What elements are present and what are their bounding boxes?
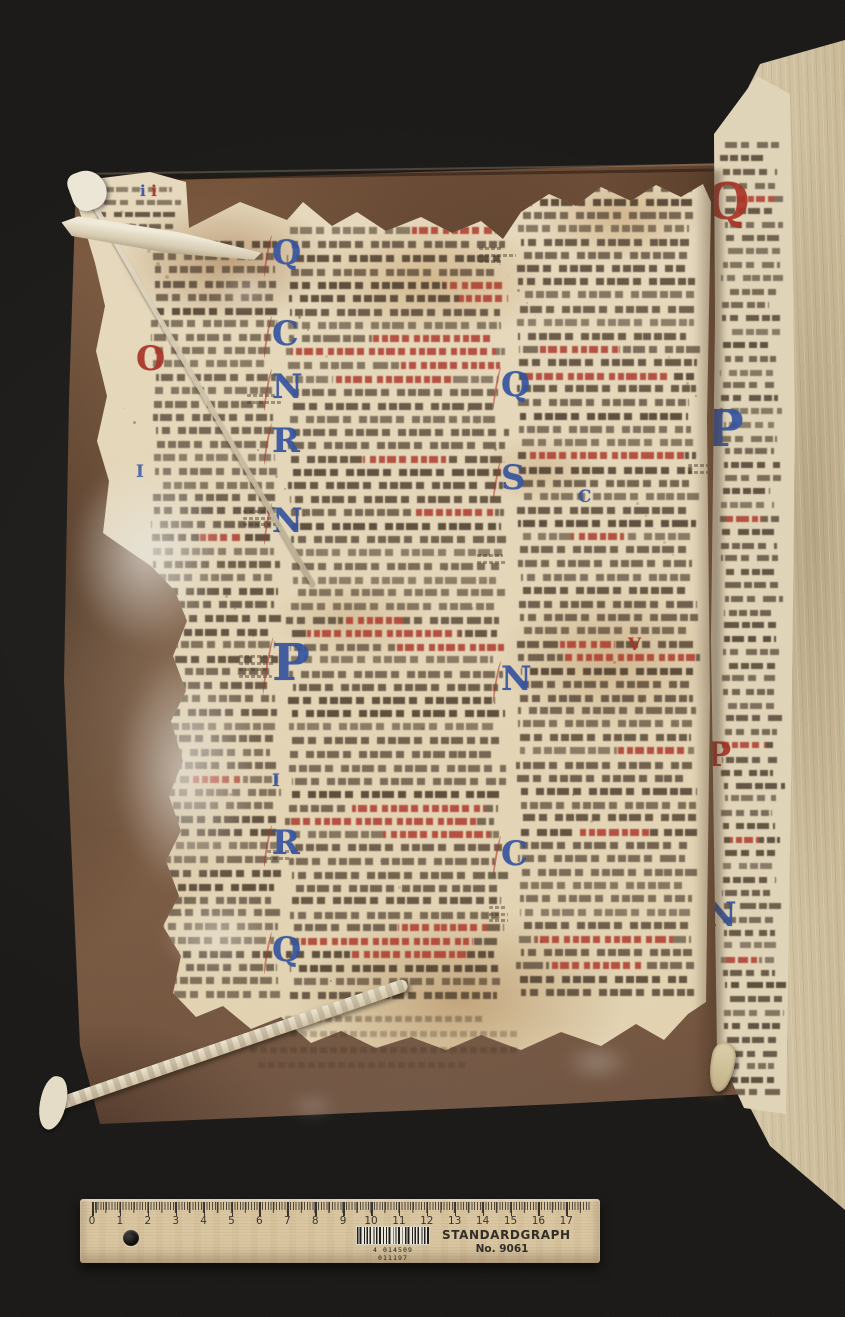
foxing-dot xyxy=(640,700,643,703)
foxing-dot xyxy=(453,581,455,583)
foxing-dot xyxy=(549,953,551,955)
text-line xyxy=(517,252,693,259)
text-line xyxy=(723,823,776,829)
marginal-line xyxy=(247,394,275,397)
initial-N: N xyxy=(272,371,303,403)
text-line xyxy=(289,897,505,904)
text-line xyxy=(291,577,501,584)
foxing-dot xyxy=(508,276,509,277)
rubric-text xyxy=(446,282,502,289)
text-line xyxy=(287,723,497,730)
body-text xyxy=(516,962,549,969)
body-text xyxy=(292,710,505,717)
initial-S: S xyxy=(501,462,525,494)
body-text xyxy=(517,319,694,326)
body-text xyxy=(290,589,506,596)
text-line xyxy=(723,569,777,575)
rubric-text xyxy=(307,630,459,637)
marginal-line xyxy=(477,554,503,557)
body-text xyxy=(520,413,688,420)
body-text xyxy=(725,795,776,801)
body-text xyxy=(100,200,181,205)
body-text xyxy=(292,778,506,785)
gutter-shadow xyxy=(694,170,724,1100)
body-text xyxy=(722,302,769,308)
rubric-text xyxy=(383,831,490,838)
body-text xyxy=(292,523,501,530)
body-text xyxy=(723,649,779,655)
body-text xyxy=(490,831,499,838)
ruler-cm-label: 16 xyxy=(532,1215,545,1227)
body-text xyxy=(516,762,691,769)
body-text xyxy=(641,962,696,969)
body-text xyxy=(292,897,501,904)
body-text xyxy=(759,957,774,963)
text-line xyxy=(518,869,702,876)
body-text xyxy=(518,520,696,527)
text-line xyxy=(515,762,696,769)
text-line xyxy=(287,603,499,610)
body-text xyxy=(720,1037,777,1043)
body-text xyxy=(725,356,776,362)
body-text xyxy=(485,805,498,812)
body-text xyxy=(766,742,773,748)
text-line xyxy=(516,560,696,567)
text-line xyxy=(518,909,694,916)
body-text xyxy=(723,970,774,976)
body-text xyxy=(723,582,784,588)
foxing-dot xyxy=(380,860,382,862)
body-text xyxy=(467,951,495,958)
body-text xyxy=(291,469,507,476)
body-text xyxy=(723,488,771,494)
text-line xyxy=(724,475,784,481)
text-line xyxy=(287,549,508,556)
foxing-dot xyxy=(631,687,632,688)
photo-stage: QPPN iiOIQCNRNPIRQQSCVNC 012345678910111… xyxy=(0,0,845,1317)
body-text xyxy=(517,627,687,634)
text-line xyxy=(289,938,504,945)
body-text xyxy=(519,533,571,540)
body-text xyxy=(725,329,781,335)
ruler-cm-label: 9 xyxy=(340,1215,347,1227)
body-text xyxy=(624,533,690,540)
body-text xyxy=(152,360,271,367)
foxing-dot xyxy=(567,979,570,982)
marginal-line xyxy=(479,247,502,250)
text-line xyxy=(288,362,504,369)
text-line xyxy=(516,319,698,326)
ruler-cm-label: 5 xyxy=(228,1215,235,1227)
body-text xyxy=(518,306,695,313)
text-line xyxy=(719,703,775,709)
ruler-cm-tick xyxy=(399,1202,401,1216)
ruler-cm-tick xyxy=(259,1202,261,1216)
text-line xyxy=(515,627,691,634)
foxing-dot xyxy=(371,847,374,850)
marginal-note xyxy=(479,247,517,267)
body-text xyxy=(519,346,537,353)
text-line xyxy=(289,536,511,543)
text-line xyxy=(517,681,693,688)
body-text xyxy=(722,342,770,348)
foxing-dot xyxy=(124,408,125,409)
rubric-text xyxy=(350,951,467,958)
text-line xyxy=(722,582,785,588)
ruler-brand: STANDARDGRAPH xyxy=(442,1228,562,1242)
body-text xyxy=(723,569,775,575)
foxing-dot xyxy=(663,541,666,544)
chalk-stain xyxy=(138,878,293,993)
body-text xyxy=(724,610,771,616)
text-line xyxy=(720,543,778,549)
foxing-dot xyxy=(257,449,259,451)
body-text xyxy=(290,912,500,919)
ruler-cm-label: 15 xyxy=(504,1215,517,1227)
body-text xyxy=(725,996,785,1002)
body-text xyxy=(151,387,272,394)
text-line xyxy=(518,452,699,459)
body-text xyxy=(291,885,500,892)
foxing-dot xyxy=(430,740,432,742)
text-line xyxy=(287,912,503,919)
foxing-dot xyxy=(499,263,501,265)
text-line xyxy=(721,275,785,281)
text-line xyxy=(516,855,688,862)
body-text xyxy=(287,924,398,931)
body-text xyxy=(724,783,784,789)
body-text xyxy=(453,376,499,383)
text-line xyxy=(290,630,501,637)
body-text xyxy=(95,212,176,217)
text-line xyxy=(517,587,691,594)
foxing-dot xyxy=(581,807,582,808)
rubric-text xyxy=(301,938,473,945)
text-line xyxy=(516,399,692,406)
ruler-cm-tick xyxy=(92,1202,94,1216)
text-line xyxy=(720,529,778,535)
text-line xyxy=(725,356,778,362)
body-text xyxy=(292,844,506,851)
ruler-cm-label: 0 xyxy=(89,1215,96,1227)
ruler-brand-block: STANDARDGRAPH No. 9061 xyxy=(442,1228,562,1255)
body-text xyxy=(520,895,692,902)
body-text xyxy=(288,805,352,812)
body-text xyxy=(721,529,777,535)
body-text xyxy=(289,723,492,730)
body-text xyxy=(290,496,501,503)
body-text xyxy=(522,493,701,500)
foxing-dot xyxy=(435,555,436,556)
body-text xyxy=(519,869,697,876)
body-text xyxy=(521,802,695,809)
body-text xyxy=(293,389,498,396)
rubric-text xyxy=(363,456,447,463)
body-text xyxy=(518,681,689,688)
foxing-dot xyxy=(540,940,543,943)
body-text xyxy=(520,842,689,849)
text-line xyxy=(724,783,786,789)
text-line xyxy=(518,695,696,702)
text-line xyxy=(722,863,777,869)
marginal-note xyxy=(489,906,519,926)
text-line xyxy=(289,227,500,234)
text-line xyxy=(517,359,701,366)
initial-i: i xyxy=(151,184,157,198)
marginal-line xyxy=(489,906,507,909)
text-line xyxy=(720,622,782,628)
ruler-model: No. 9061 xyxy=(442,1243,562,1255)
rubric-text xyxy=(401,362,500,369)
text-line xyxy=(720,555,779,561)
foxing-dot xyxy=(325,355,328,358)
text-line xyxy=(724,289,779,295)
text-line xyxy=(723,610,772,616)
ruler-cm-tick xyxy=(315,1202,317,1216)
body-text xyxy=(519,467,692,474)
text-line xyxy=(724,715,785,721)
text-line xyxy=(516,265,692,272)
foxing-dot xyxy=(576,992,578,994)
text-line xyxy=(286,951,498,958)
text-line xyxy=(516,720,695,727)
body-text xyxy=(723,262,779,268)
text-line xyxy=(286,671,507,678)
text-line xyxy=(724,329,782,335)
body-text xyxy=(459,630,497,637)
text-line xyxy=(149,387,274,394)
body-text xyxy=(724,715,783,721)
text-line xyxy=(94,212,178,217)
body-text xyxy=(759,837,781,843)
body-text xyxy=(720,622,780,628)
body-text xyxy=(519,601,697,608)
text-line xyxy=(720,516,780,522)
text-line xyxy=(285,255,505,262)
rubric-text xyxy=(291,348,496,355)
text-line xyxy=(289,295,512,302)
rubric-text xyxy=(538,346,619,353)
rubric-text xyxy=(290,818,477,825)
text-line xyxy=(721,810,774,816)
ruler-cm-label: 17 xyxy=(560,1215,573,1227)
rubric-text xyxy=(526,452,686,459)
foxing-dot xyxy=(307,329,309,331)
text-line xyxy=(290,241,509,248)
text-line xyxy=(724,729,778,735)
body-text xyxy=(288,831,383,838)
foxing-dot xyxy=(485,435,486,436)
body-text xyxy=(288,482,502,489)
body-text xyxy=(287,255,500,262)
text-line xyxy=(520,747,697,754)
text-line xyxy=(516,333,689,340)
text-line xyxy=(519,936,694,943)
initial-V: V xyxy=(628,637,641,653)
rubric-text xyxy=(726,516,762,522)
foxing-dot xyxy=(494,448,497,451)
body-text xyxy=(518,252,689,259)
body-text xyxy=(520,734,691,741)
text-line xyxy=(719,942,777,948)
foxing-dot xyxy=(531,927,532,928)
body-text xyxy=(521,574,690,581)
text-line xyxy=(287,858,499,865)
text-line xyxy=(722,342,772,348)
initial-O: O xyxy=(136,343,165,375)
text-line xyxy=(289,778,510,785)
text-line xyxy=(518,895,695,902)
text-line xyxy=(720,155,768,161)
text-line xyxy=(517,426,695,433)
text-line xyxy=(517,225,693,232)
ruler-cm-tick xyxy=(538,1202,540,1216)
text-line xyxy=(285,269,498,276)
body-text xyxy=(289,295,458,302)
foxing-dot xyxy=(366,222,367,223)
text-line xyxy=(723,636,776,642)
text-line xyxy=(517,601,700,608)
body-text xyxy=(720,155,767,161)
text-line xyxy=(288,885,504,892)
chalk-stain xyxy=(550,1036,645,1088)
text-line xyxy=(723,877,777,883)
offset-text-ghost xyxy=(258,1062,468,1068)
body-text xyxy=(721,555,778,561)
rubric-text xyxy=(575,829,649,836)
body-text xyxy=(722,235,779,241)
rubric-text xyxy=(617,747,688,754)
body-text xyxy=(720,703,775,709)
body-text xyxy=(517,265,687,272)
body-text xyxy=(723,877,775,883)
text-line xyxy=(516,306,699,313)
text-line xyxy=(724,1023,781,1029)
barcode-bars xyxy=(356,1226,430,1245)
body-text xyxy=(615,641,695,648)
text-line xyxy=(288,456,508,463)
text-line xyxy=(723,262,781,268)
text-line xyxy=(287,416,503,423)
foxing-dot xyxy=(476,422,478,424)
foxing-dot xyxy=(165,275,169,279)
body-text xyxy=(290,282,445,289)
body-text xyxy=(289,858,495,865)
body-text xyxy=(293,577,496,584)
body-text xyxy=(288,362,400,369)
rubric-text xyxy=(730,837,759,843)
text-line xyxy=(724,596,784,602)
text-line xyxy=(288,791,505,798)
body-text xyxy=(518,399,689,406)
text-line xyxy=(518,922,696,929)
body-text xyxy=(289,549,504,556)
foxing-dot xyxy=(339,993,340,994)
ruler-cm-tick xyxy=(120,1202,122,1216)
text-line xyxy=(719,382,775,388)
foxing-dot xyxy=(412,714,413,715)
marginal-line xyxy=(479,254,516,257)
body-text xyxy=(725,248,785,254)
body-text xyxy=(725,596,783,602)
body-text xyxy=(288,697,495,704)
text-line xyxy=(286,442,510,449)
ruler-cm-label: 6 xyxy=(256,1215,263,1227)
body-text xyxy=(520,909,690,916)
text-line xyxy=(291,389,503,396)
foxing-dot xyxy=(613,661,616,664)
body-text xyxy=(517,291,694,298)
initial-Q: Q xyxy=(501,369,530,401)
text-line xyxy=(288,589,510,596)
body-text xyxy=(288,269,494,276)
text-line xyxy=(720,502,774,508)
text-line xyxy=(290,429,514,436)
initial-N: N xyxy=(501,663,532,695)
body-text xyxy=(289,335,373,342)
body-text xyxy=(289,603,495,610)
body-text xyxy=(722,675,778,681)
text-line xyxy=(724,142,782,148)
body-text xyxy=(517,385,696,392)
foxing-dot xyxy=(608,846,609,847)
body-text xyxy=(724,636,776,642)
text-line xyxy=(724,795,777,801)
body-text xyxy=(725,475,783,481)
body-text xyxy=(519,936,537,943)
chalk-stain xyxy=(280,1090,345,1122)
foxing-dot xyxy=(284,488,286,490)
body-text xyxy=(518,225,688,232)
marginal-note xyxy=(477,554,521,567)
text-line xyxy=(722,675,780,681)
body-text xyxy=(521,788,697,795)
body-text xyxy=(521,949,692,956)
body-text xyxy=(156,374,276,381)
text-line xyxy=(519,239,692,246)
text-line xyxy=(287,509,508,516)
text-line xyxy=(520,493,705,500)
body-text xyxy=(518,480,690,487)
foxing-dot xyxy=(622,674,624,676)
rubric-text xyxy=(527,373,672,380)
body-text xyxy=(519,212,697,219)
foxing-dot xyxy=(677,369,678,370)
ruler-hole xyxy=(123,1230,139,1246)
ruler-cm-tick xyxy=(455,1202,457,1216)
body-text xyxy=(446,456,503,463)
text-line xyxy=(723,689,775,695)
body-text xyxy=(723,823,774,829)
text-line xyxy=(518,654,703,661)
text-line xyxy=(520,829,705,836)
initial-C: C xyxy=(578,489,591,505)
body-text xyxy=(762,516,779,522)
text-line xyxy=(722,649,780,655)
rubric-text xyxy=(415,509,495,516)
text-line xyxy=(290,872,512,879)
ruler-cm-label: 7 xyxy=(284,1215,291,1227)
body-text xyxy=(292,429,509,436)
text-line xyxy=(519,814,699,821)
text-line xyxy=(724,837,781,843)
foxing-dot xyxy=(330,980,332,982)
ruler-cm-tick xyxy=(204,1202,206,1216)
body-text xyxy=(520,747,618,754)
text-line xyxy=(723,663,779,669)
text-line xyxy=(290,523,505,530)
body-text xyxy=(688,747,693,754)
